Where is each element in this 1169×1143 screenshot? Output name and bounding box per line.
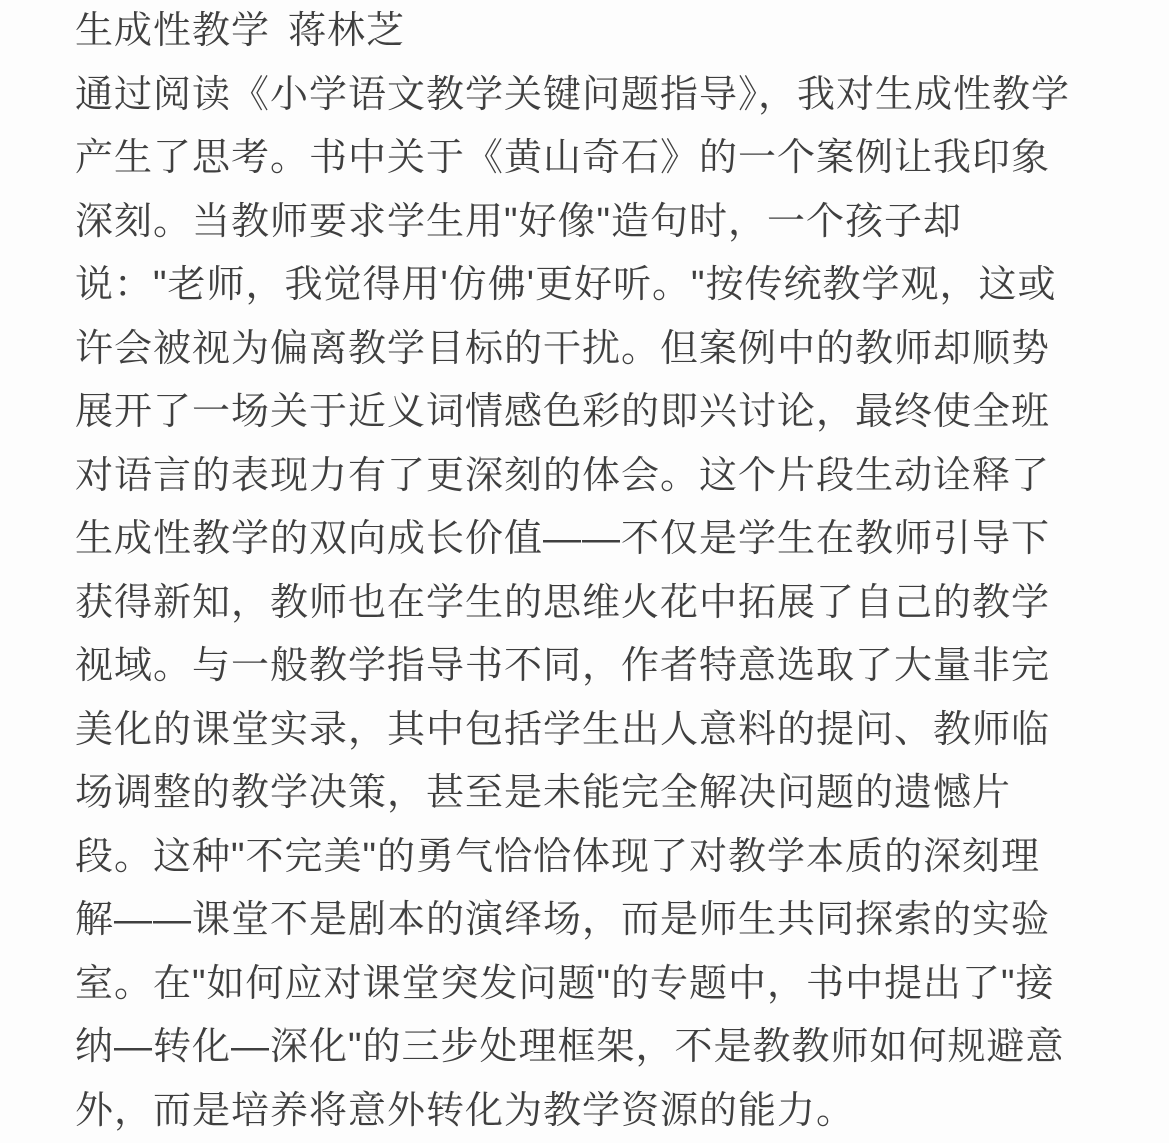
text-line: 对语言的表现力有了更深刻的体会。这个片段生动诠释了 (75, 445, 1105, 509)
text-line: 通过阅读《小学语文教学关键问题指导》，我对生成性教学 (75, 64, 1105, 128)
text-line: 段。这种"不完美"的勇气恰恰体现了对教学本质的深刻理 (75, 826, 1105, 890)
text-line: 深刻。当教师要求学生用"好像"造句时，一个孩子却 (75, 191, 1105, 255)
text-line: 获得新知，教师也在学生的思维火花中拓展了自己的教学 (75, 572, 1105, 636)
text-line: 产生了思考。书中关于《黄山奇石》的一个案例让我印象 (75, 127, 1105, 191)
text-line: 外，而是培养将意外转化为教学资源的能力。 (75, 1080, 1105, 1143)
document-title-line: 生成性教学蒋林芝 (75, 0, 1105, 64)
text-line: 生成性教学的双向成长价值——不仅是学生在教师引导下 (75, 508, 1105, 572)
text-line: 视域。与一般教学指导书不同，作者特意选取了大量非完 (75, 635, 1105, 699)
text-line: 许会被视为偏离教学目标的干扰。但案例中的教师却顺势 (75, 318, 1105, 382)
document-title: 生成性教学 (75, 10, 270, 52)
text-line: 纳—转化—深化"的三步处理框架，不是教教师如何规避意 (75, 1016, 1105, 1080)
text-line: 说："老师，我觉得用'仿佛'更好听。"按传统教学观，这或 (75, 254, 1105, 318)
document-author: 蒋林芝 (288, 10, 405, 52)
reading-note-document: 生成性教学蒋林芝 通过阅读《小学语文教学关键问题指导》，我对生成性教学 产生了思… (75, 0, 1105, 1142)
text-line: 解——课堂不是剧本的演绎场，而是师生共同探索的实验 (75, 889, 1105, 953)
text-line: 场调整的教学决策，甚至是未能完全解决问题的遗憾片 (75, 762, 1105, 826)
text-line: 展开了一场关于近义词情感色彩的即兴讨论，最终使全班 (75, 381, 1105, 445)
text-line: 美化的课堂实录，其中包括学生出人意料的提问、教师临 (75, 699, 1105, 763)
text-line: 室。在"如何应对课堂突发问题"的专题中，书中提出了"接 (75, 953, 1105, 1017)
